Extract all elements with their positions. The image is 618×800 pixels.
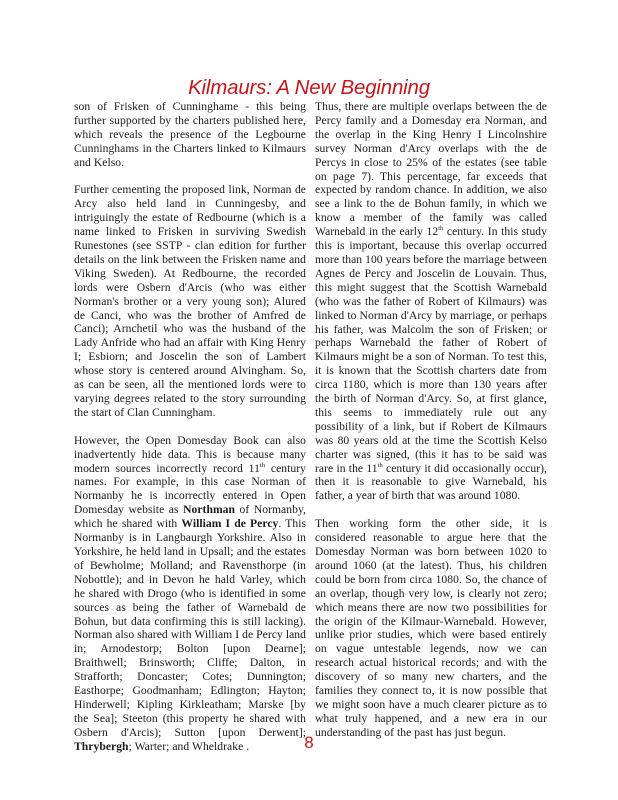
text-run: . This Normanby is in Langbaurgh Yorkshi… [74, 517, 306, 739]
text-run: Thus, there are multiple overlaps betwee… [315, 100, 547, 238]
page-number: 8 [0, 733, 618, 753]
paragraph: Thus, there are multiple overlaps betwee… [315, 100, 547, 503]
bold-name: Northman [183, 503, 235, 516]
paragraph: son of Frisken of Cunninghame - this bei… [74, 100, 306, 170]
text-run: century. In this study this is important… [315, 225, 547, 474]
left-column: son of Frisken of Cunninghame - this bei… [74, 100, 306, 767]
document-page: Kilmaurs: A New Beginning son of Frisken… [0, 0, 618, 800]
page-title: Kilmaurs: A New Beginning [0, 76, 618, 100]
bold-name: William I de Percy [181, 517, 278, 530]
paragraph: Further cementing the proposed link, Nor… [74, 183, 306, 419]
right-column: Thus, there are multiple overlaps betwee… [315, 100, 547, 754]
paragraph: However, the Open Domesday Book can also… [74, 434, 306, 754]
paragraph: Then working form the other side, it is … [315, 517, 547, 740]
